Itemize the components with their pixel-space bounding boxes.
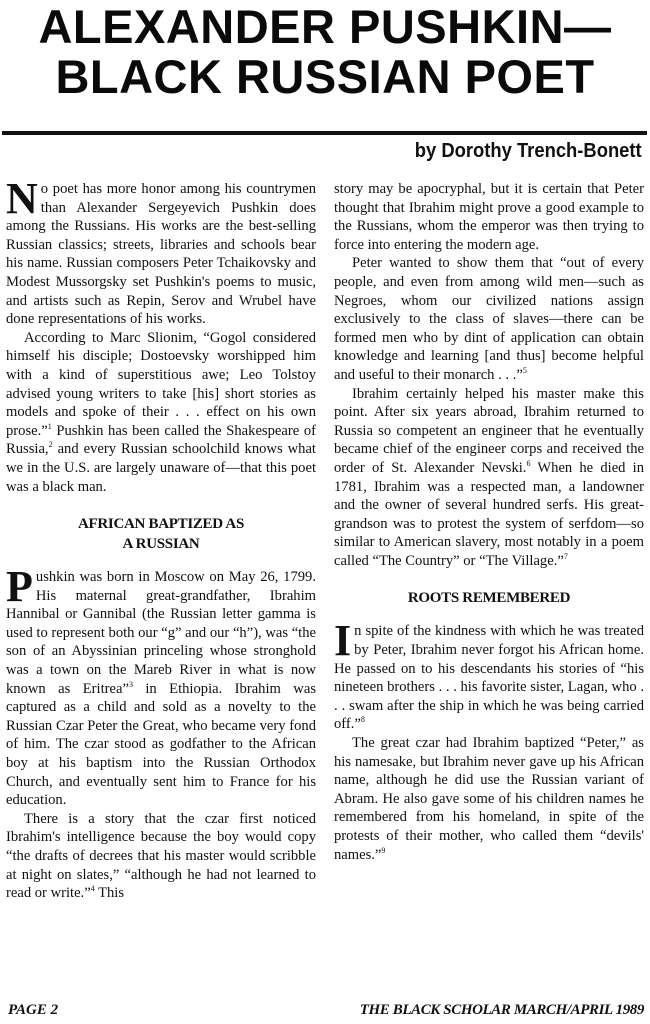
paragraph: Ibrahim certainly helped his master make… xyxy=(334,385,644,571)
paragraph: No poet has more honor among his country… xyxy=(6,180,316,329)
section-heading: AFRICAN BAPTIZED AS A RUSSIAN xyxy=(6,514,316,554)
paragraph: According to Marc Slionim, “Gogol consid… xyxy=(6,329,316,496)
footnote-ref: 7 xyxy=(564,552,568,561)
paragraph: There is a story that the czar first not… xyxy=(6,810,316,903)
paragraph: Pushkin was born in Moscow on May 26, 17… xyxy=(6,568,316,810)
footnote-ref: 5 xyxy=(523,366,527,375)
section-heading: ROOTS REMEMBERED xyxy=(334,588,644,608)
paragraph: story may be apocryphal, but it is certa… xyxy=(334,180,644,254)
page-number: PAGE 2 xyxy=(8,1002,58,1019)
title-line-1: ALEXANDER PUSHKIN— xyxy=(0,2,650,52)
drop-cap: I xyxy=(334,624,354,658)
article-title: ALEXANDER PUSHKIN— BLACK RUSSIAN POET xyxy=(0,2,650,102)
title-divider xyxy=(2,131,647,135)
publication-footer: THE BLACK SCHOLAR MARCH/APRIL 1989 xyxy=(360,1002,644,1019)
right-column: story may be apocryphal, but it is certa… xyxy=(334,180,644,864)
drop-cap: N xyxy=(6,182,41,216)
drop-cap: P xyxy=(6,570,36,604)
paragraph: The great czar had Ibrahim baptized “Pet… xyxy=(334,734,644,864)
paragraph: Peter wanted to show them that “out of e… xyxy=(334,254,644,384)
footnote-ref: 8 xyxy=(361,715,365,724)
left-column: No poet has more honor among his country… xyxy=(6,180,316,903)
footnote-ref: 9 xyxy=(381,846,385,855)
title-line-2: BLACK RUSSIAN POET xyxy=(0,52,650,102)
paragraph: In spite of the kindness with which he w… xyxy=(334,622,644,734)
byline: by Dorothy Trench-Bonett xyxy=(415,140,642,163)
